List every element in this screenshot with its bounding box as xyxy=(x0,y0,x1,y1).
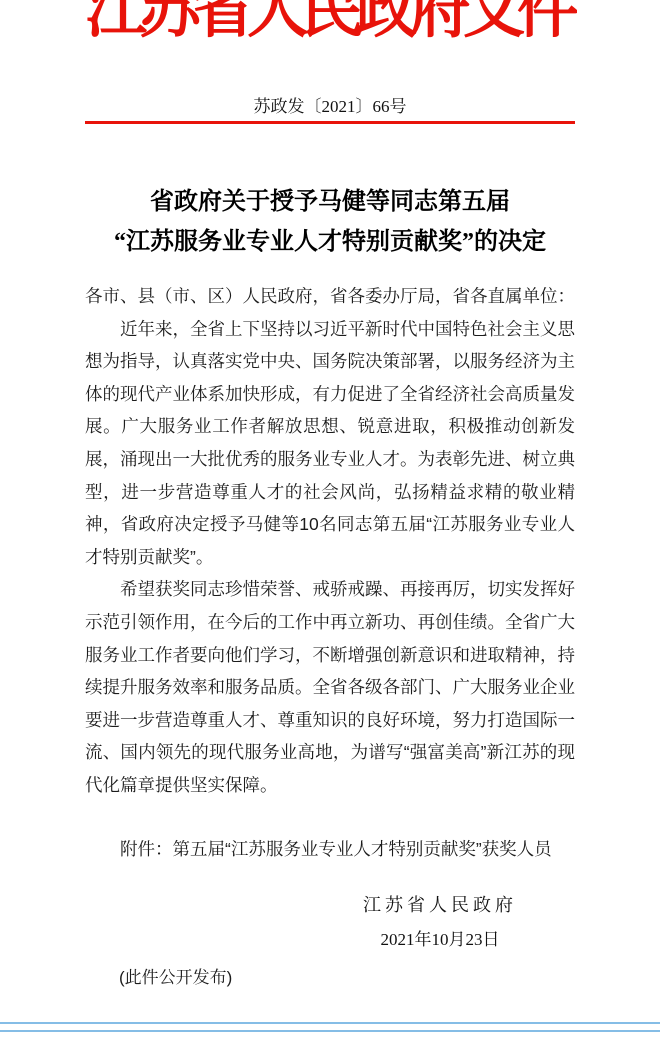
blue-separator-line-bottom xyxy=(0,1030,660,1032)
attachment-note: 附件：第五届“江苏服务业专业人才特别贡献奖”获奖人员 xyxy=(85,833,575,866)
publish-note: (此件公开发布) xyxy=(85,962,575,995)
blue-separator-line-top xyxy=(0,1022,660,1024)
salutation: 各市、县（市、区）人民政府，省各委办厅局，省各直属单位： xyxy=(85,280,575,313)
body-paragraph: 近年来，全省上下坚持以习近平新时代中国特色社会主义思想为指导，认真落实党中央、国… xyxy=(85,313,575,574)
document-title: 省政府关于授予马健等同志第五届 “江苏服务业专业人才特别贡献奖”的决定 xyxy=(85,182,575,262)
red-header-banner-text: 江苏省人民政府文件 xyxy=(85,0,577,42)
document-title-line1: 省政府关于授予马健等同志第五届 xyxy=(85,182,575,222)
issuer-signature: 江苏省人民政府 xyxy=(363,894,517,916)
issue-date: 2021年10月23日 xyxy=(363,930,517,950)
document-title-line2: “江苏服务业专业人才特别贡献奖”的决定 xyxy=(85,222,575,262)
body-paragraph: 希望获奖同志珍惜荣誉、戒骄戒躁、再接再厉，切实发挥好示范引领作用，在今后的工作中… xyxy=(85,573,575,801)
document-body: 各市、县（市、区）人民政府，省各委办厅局，省各直属单位： 近年来，全省上下坚持以… xyxy=(85,280,575,995)
red-header-banner: 江苏省人民政府文件 xyxy=(85,0,577,49)
document-page: 江苏省人民政府文件 苏政发〔2021〕66号 省政府关于授予马健等同志第五届 “… xyxy=(0,0,660,1041)
red-separator-line xyxy=(85,121,575,124)
signature-block: 江苏省人民政府 2021年10月23日 xyxy=(363,894,517,950)
doc-number: 苏政发〔2021〕66号 xyxy=(0,92,660,117)
